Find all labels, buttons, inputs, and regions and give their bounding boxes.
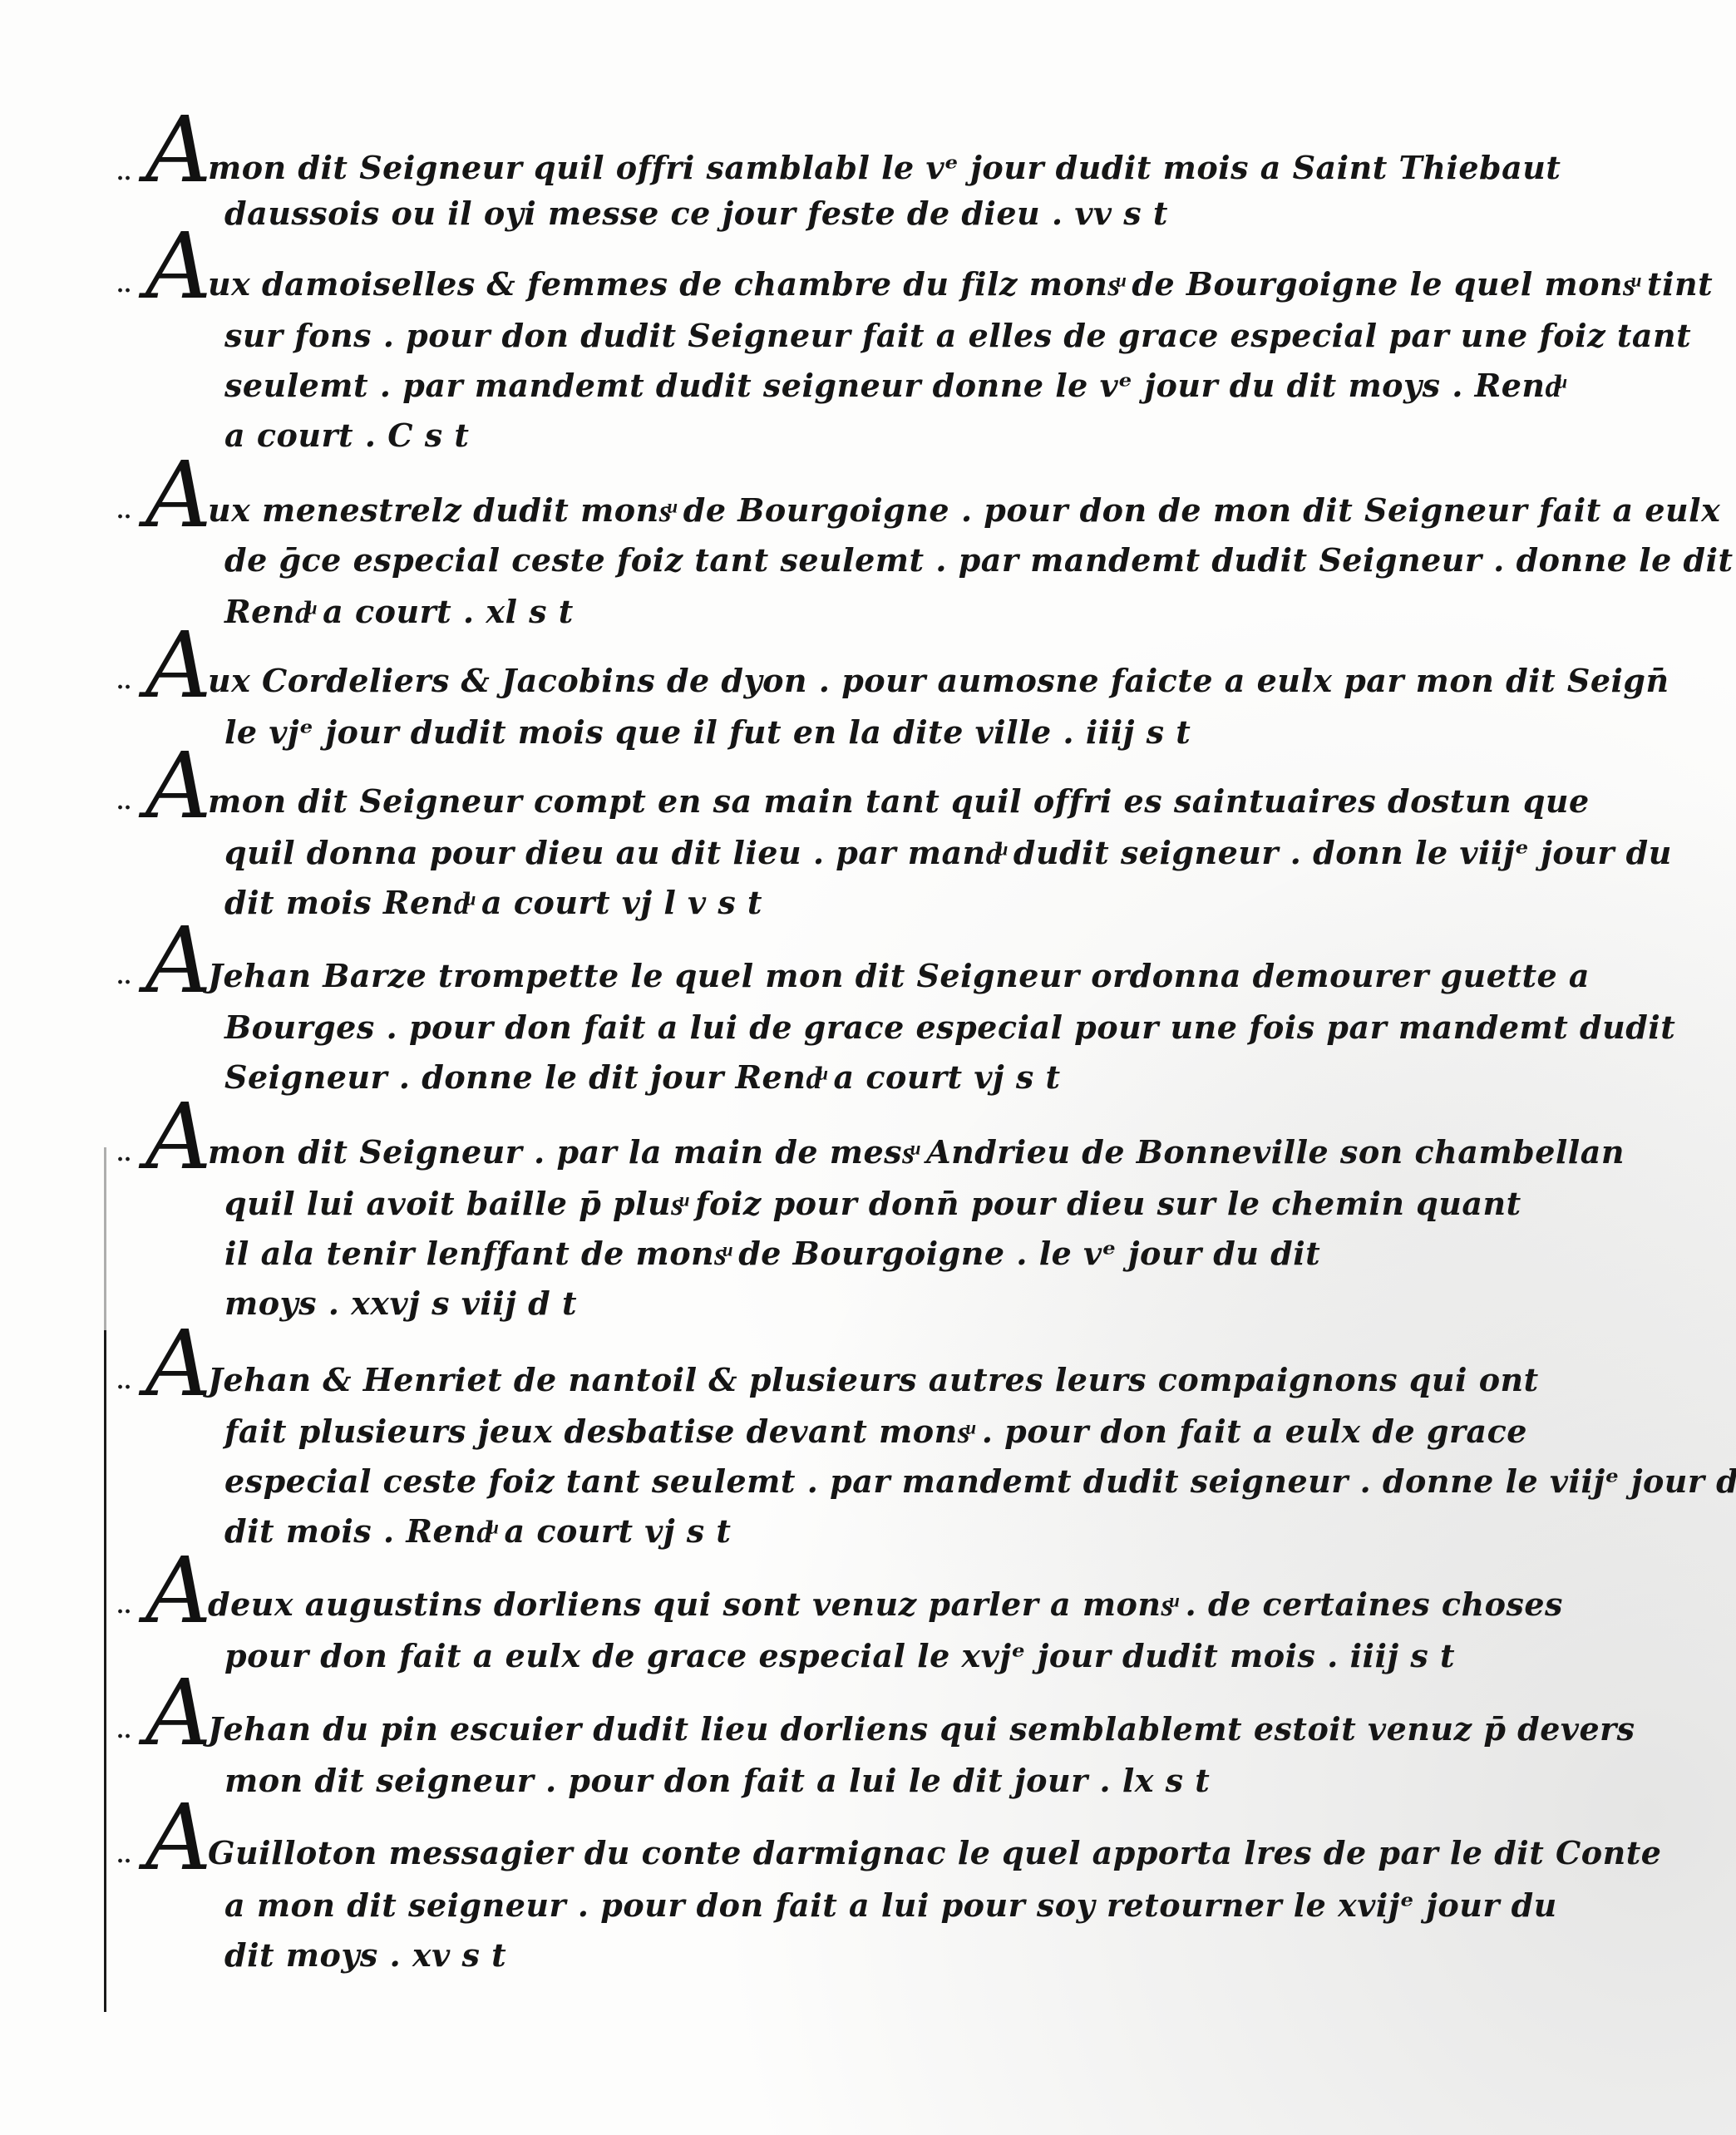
entry-line: mon dit Seigneur compt en sa main tant q… (208, 782, 1590, 821)
paragraph-marker: .. (116, 1723, 141, 1739)
entry-line: pour don fait a eulx de grace especial l… (224, 1636, 1455, 1676)
entry-line: mon dit Seigneur quil offri samblabl le … (208, 148, 1561, 188)
decorated-initial: A (145, 915, 212, 1006)
entry-line: il ala tenir lenffant de monsͧ de Bourgo… (224, 1234, 1320, 1274)
entry-line: Guilloton messagier du conte darmignac l… (208, 1833, 1661, 1873)
decorated-initial: A (145, 449, 212, 540)
paragraph-marker: .. (116, 969, 141, 985)
decorated-initial: A (145, 1318, 212, 1409)
entry-line: sur fons . pour don dudit Seigneur fait … (224, 316, 1691, 356)
entry-line: Jehan Barze trompette le quel mon dit Se… (208, 956, 1590, 996)
entry-line: Seigneur . donne le dit jour Rendͧ a cou… (224, 1058, 1061, 1097)
paragraph-marker: .. (116, 673, 141, 690)
paragraph-marker: .. (116, 503, 141, 520)
entry-line: Bourges . pour don fait a lui de grace e… (224, 1008, 1675, 1048)
entry-line: daussois ou il oyi messe ce jour feste d… (224, 194, 1168, 234)
entry-line: a mon dit seigneur . pour don fait a lui… (224, 1886, 1557, 1925)
entry-line: quil lui avoit baille p̄ plusͧ foiz pour… (224, 1184, 1521, 1224)
paragraph-marker: .. (116, 794, 141, 811)
paragraph-marker: .. (116, 1598, 141, 1615)
entry-line: deux augustins dorliens qui sont venuz p… (208, 1585, 1563, 1625)
entry-line: Rendͧ a court . xl s t (224, 592, 574, 632)
decorated-initial: A (145, 220, 212, 312)
paragraph-marker: .. (116, 1146, 141, 1162)
decorated-initial: A (145, 619, 212, 711)
decorated-initial: A (145, 1091, 212, 1182)
paragraph-marker: .. (116, 165, 141, 181)
entry-line: dit mois Rendͧ a court vj l v s t (224, 883, 762, 923)
entry-line: quil donna pour dieu au dit lieu . par m… (224, 833, 1672, 873)
entry-line: fait plusieurs jeux desbatise devant mon… (224, 1412, 1527, 1452)
entry-line: mon dit Seigneur . par la main de messͧ … (208, 1132, 1625, 1172)
paragraph-marker: .. (116, 277, 141, 293)
decorated-initial: A (145, 1545, 212, 1636)
decorated-initial: A (145, 1792, 212, 1883)
entry-line: mon dit seigneur . pour don fait a lui l… (224, 1761, 1210, 1801)
entry-line: dit mois . Rendͧ a court vj s t (224, 1511, 731, 1551)
decorated-initial: A (145, 740, 212, 831)
entry-line: Jehan & Henriet de nantoil & plusieurs a… (208, 1360, 1539, 1400)
entry-line: especial ceste foiz tant seulemt . par m… (224, 1462, 1736, 1501)
entry-line: Jehan du pin escuier dudit lieu dorliens… (208, 1709, 1635, 1749)
entry-line: dit moys . xv s t (224, 1935, 506, 1975)
entry-line: a court . C s t (224, 416, 469, 456)
paragraph-marker: .. (116, 1373, 141, 1390)
entry-line: moys . xxvj s viij d t (224, 1284, 577, 1324)
entry-line: seulemt . par mandemt dudit seigneur don… (224, 366, 1561, 406)
entry-line: le vjᵉ jour dudit mois que il fut en la … (224, 712, 1191, 752)
decorated-initial: A (145, 1667, 212, 1758)
manuscript-page: .. A mon dit Seigneur quil offri samblab… (0, 0, 1736, 2135)
entry-line: ux menestrelz dudit monsͧ de Bourgoigne … (208, 491, 1720, 530)
decorated-initial: A (145, 104, 212, 195)
entry-line: ux damoiselles & femmes de chambre du fi… (208, 264, 1713, 304)
entry-line: ux Cordeliers & Jacobins de dyon . pour … (208, 661, 1669, 701)
margin-rule-lower (104, 1330, 106, 2012)
entry-line: de ḡce especial ceste foiz tant seulemt… (224, 540, 1736, 580)
paragraph-marker: .. (116, 1847, 141, 1864)
